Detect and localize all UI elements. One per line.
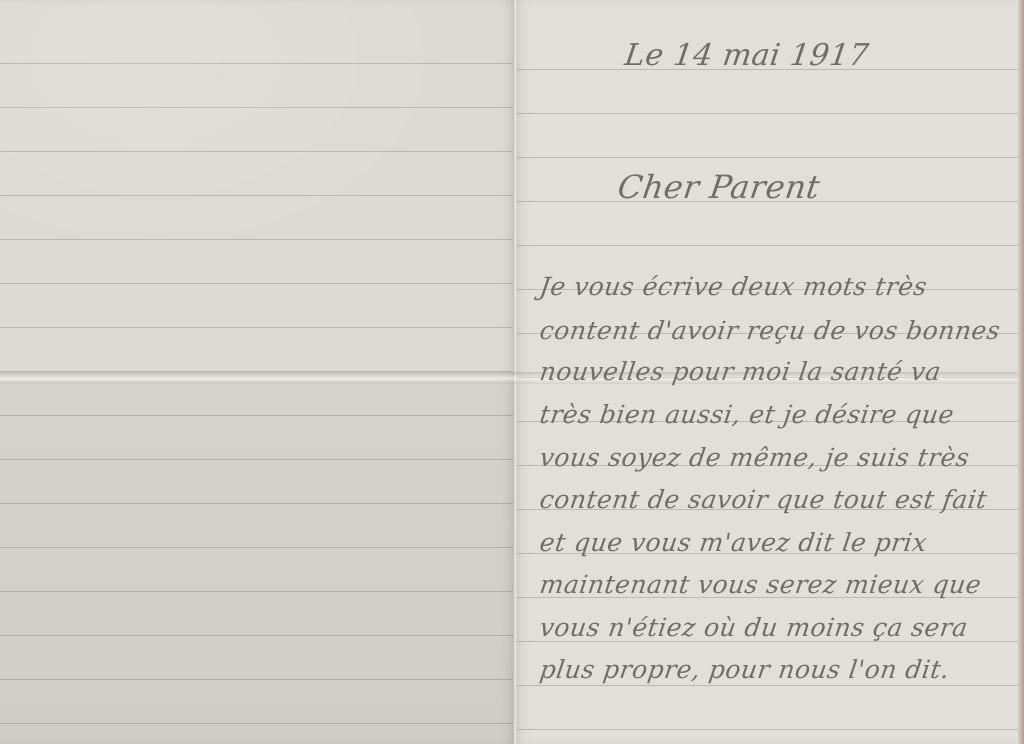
- letter-line: nouvelles pour moi la santé va: [538, 357, 943, 386]
- letter-salutation: Cher Parent: [615, 168, 822, 206]
- letter-line: plus propre, pour nous l'on dit.: [538, 655, 952, 684]
- letter-line: très bien aussi, et je désire que: [538, 400, 956, 429]
- paper-edge: [1018, 0, 1024, 744]
- letter-line: content d'avoir reçu de vos bonnes: [538, 316, 1002, 345]
- letter-line: et que vous m'avez dit le prix: [538, 528, 929, 557]
- letter-line: content de savoir que tout est fait: [538, 485, 989, 514]
- letter-line: maintenant vous serez mieux que: [538, 570, 983, 599]
- letter-line: vous soyez de même, je suis très: [538, 443, 972, 472]
- letter-line: Je vous écrive deux mots très: [538, 272, 929, 301]
- letter-date: Le 14 mai 1917: [623, 38, 872, 73]
- letter-line: vous n'étiez où du moins ça sera: [538, 613, 970, 642]
